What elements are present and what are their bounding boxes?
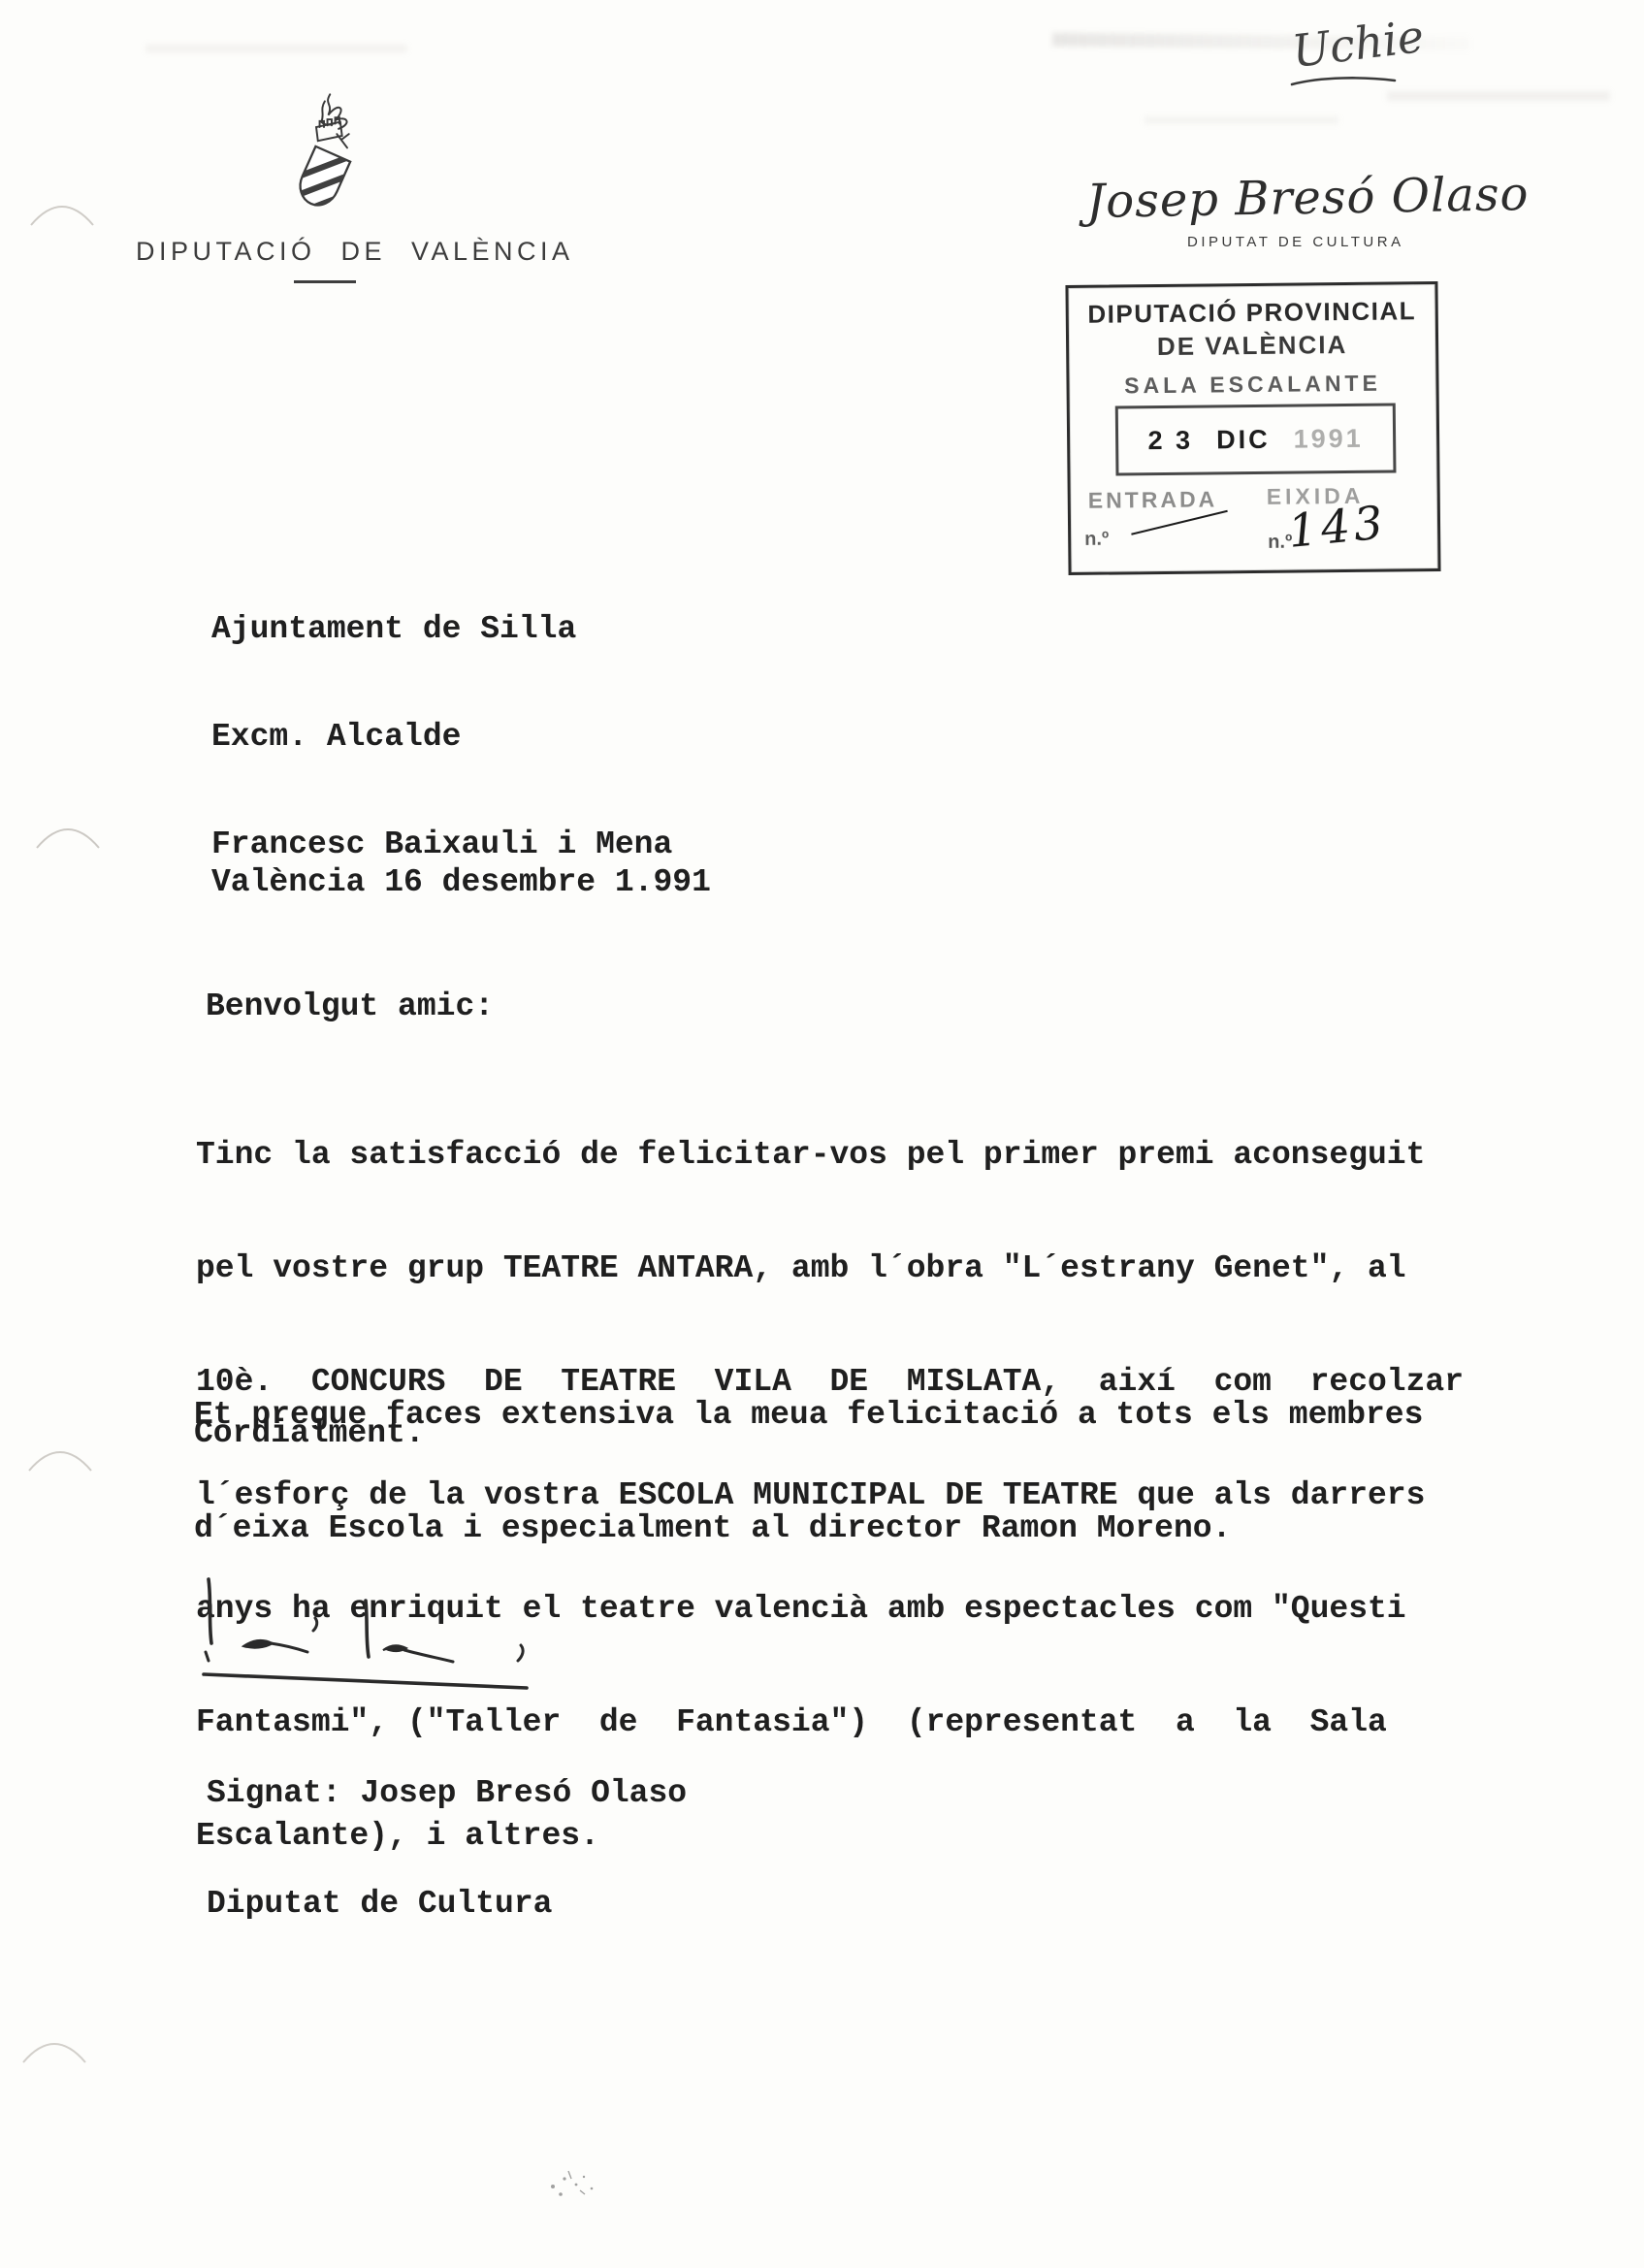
- letter-salutation: Benvolgut amic:: [206, 988, 494, 1024]
- punch-hole-mark: [25, 1432, 95, 1474]
- stamp-date-box: 2 3 DIC 1991: [1115, 403, 1397, 475]
- stamp-date-month: DIC: [1216, 424, 1271, 455]
- body-line: Tinc la satisfacció de felicitar-vos pel…: [196, 1136, 1464, 1174]
- stamp-org-line2: DE VALÈNCIA: [1069, 329, 1435, 363]
- stamp-date-year: 1991: [1293, 423, 1363, 454]
- handwritten-underline: [1290, 74, 1399, 89]
- organization-name: DIPUTACIÓ DE VALÈNCIA: [136, 237, 574, 267]
- scan-streak: [1144, 116, 1338, 124]
- punch-hole-mark: [19, 2024, 89, 2066]
- typed-signature-block: Signat: Josep Bresó Olaso Diputat de Cul…: [207, 1701, 687, 1996]
- stamp-date-day: 2 3: [1147, 425, 1193, 455]
- body-line: pel vostre grup TEATRE ANTARA, amb l´obr…: [196, 1249, 1464, 1287]
- sender-title: DIPUTAT DE CULTURA: [1187, 234, 1404, 250]
- signed-by-line: Signat: Josep Bresó Olaso: [207, 1775, 687, 1812]
- valencia-coat-of-arms: [281, 89, 367, 227]
- recipient-line: Francesc Baixauli i Mena: [211, 826, 672, 862]
- signer-title-line: Diputat de Cultura: [207, 1886, 687, 1923]
- letter-date-line: València 16 desembre 1.991: [211, 864, 711, 900]
- recipient-line: Ajuntament de Silla: [211, 611, 672, 647]
- punch-hole-mark: [27, 186, 97, 229]
- handwritten-annotation: Uchie: [1289, 10, 1427, 78]
- body-line: d´eixa Escola i especialment al director…: [194, 1509, 1423, 1547]
- registry-stamp: DIPUTACIÓ PROVINCIAL DE VALÈNCIA SALA ES…: [1065, 281, 1440, 575]
- scan-streak: [1387, 91, 1610, 101]
- stamp-entrada-number-label: n.º: [1084, 529, 1109, 551]
- stamp-eixida-number-handwritten: 143: [1286, 496, 1390, 559]
- scanned-letter-page: DIPUTACIÓ DE VALÈNCIA Uchie Josep Bresó …: [0, 0, 1644, 2268]
- stamp-sala-line: SALA ESCALANTE: [1069, 370, 1435, 400]
- recipient-line: Excm. Alcalde: [211, 719, 672, 755]
- stamp-org-line1: DIPUTACIÓ PROVINCIAL: [1069, 296, 1435, 330]
- handwritten-signature: [199, 1571, 533, 1701]
- punch-hole-mark: [33, 809, 103, 852]
- scan-streak: [145, 45, 407, 52]
- letterhead-underline: [294, 280, 356, 283]
- sender-name-script: Josep Bresó Olaso: [1086, 167, 1530, 229]
- letter-closing: Cordialment.: [194, 1415, 425, 1451]
- scan-smudge: [535, 2161, 632, 2210]
